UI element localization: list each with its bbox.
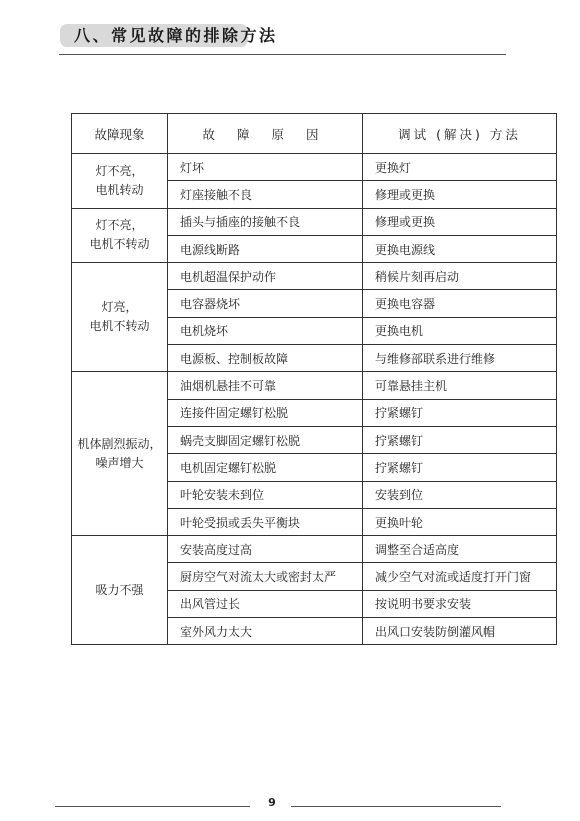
fix-cell: 出风口安装防倒灌风帽 xyxy=(363,618,557,645)
cause-cell: 电机烧坏 xyxy=(168,317,363,344)
fix-cell: 修理或更换 xyxy=(363,208,557,235)
cause-cell: 电源线断路 xyxy=(168,235,363,262)
symptom-line: 噪声增大 xyxy=(72,454,167,473)
cause-cell: 蜗壳支脚固定螺钉松脱 xyxy=(168,426,363,453)
cause-cell: 出风管过长 xyxy=(168,590,363,617)
symptom-cell: 灯不亮， 电机转动 xyxy=(72,154,168,209)
cause-cell: 连接件固定螺钉松脱 xyxy=(168,399,363,426)
fix-cell: 更换电机 xyxy=(363,317,557,344)
title-divider xyxy=(59,54,506,55)
symptom-line: 电机不转动 xyxy=(72,235,167,254)
symptom-cell: 吸力不强 xyxy=(72,536,168,645)
header-symptom: 故障现象 xyxy=(72,114,168,154)
symptom-cell: 机体剧烈振动， 噪声增大 xyxy=(72,372,168,536)
fix-cell: 拧紧螺钉 xyxy=(363,454,557,481)
fix-cell: 与维修部联系进行维修 xyxy=(363,345,557,372)
cause-cell: 叶轮受损或丢失平衡块 xyxy=(168,508,363,535)
fix-cell: 安装到位 xyxy=(363,481,557,508)
cause-cell: 电容器烧坏 xyxy=(168,290,363,317)
fix-cell: 调整至合适高度 xyxy=(363,536,557,563)
symptom-line: 电机不转动 xyxy=(72,317,167,336)
section-title: 八、常见故障的排除方法 xyxy=(74,25,278,47)
cause-cell: 电机超温保护动作 xyxy=(168,263,363,290)
fix-cell: 更换灯 xyxy=(363,154,557,181)
footer-rule-right xyxy=(291,806,501,807)
fix-cell: 可靠悬挂主机 xyxy=(363,372,557,399)
fix-cell: 拧紧螺钉 xyxy=(363,426,557,453)
symptom-line: 灯不亮， xyxy=(72,216,167,235)
cause-cell: 电机固定螺钉松脱 xyxy=(168,454,363,481)
table-row: 灯不亮， 电机转动 灯坏 更换灯 xyxy=(72,154,557,181)
symptom-line: 电机转动 xyxy=(72,181,167,200)
footer-rule-left xyxy=(55,806,250,807)
fix-cell: 拧紧螺钉 xyxy=(363,399,557,426)
cause-cell: 安装高度过高 xyxy=(168,536,363,563)
fix-cell: 稍候片刻再启动 xyxy=(363,263,557,290)
symptom-cell: 灯亮， 电机不转动 xyxy=(72,263,168,372)
fix-cell: 修理或更换 xyxy=(363,181,557,208)
fix-cell: 减少空气对流或适度打开门窗 xyxy=(363,563,557,590)
header-cause: 故 障 原 因 xyxy=(168,114,363,154)
cause-cell: 插头与插座的接触不良 xyxy=(168,208,363,235)
fix-cell: 更换电容器 xyxy=(363,290,557,317)
cause-cell: 厨房空气对流太大或密封太严 xyxy=(168,563,363,590)
fix-cell: 更换电源线 xyxy=(363,235,557,262)
page-number: 9 xyxy=(262,796,282,809)
cause-cell: 叶轮安装未到位 xyxy=(168,481,363,508)
header-fix: 调试 (解决) 方法 xyxy=(363,114,557,154)
table-row: 吸力不强 安装高度过高 调整至合适高度 xyxy=(72,536,557,563)
table-row: 灯亮， 电机不转动 电机超温保护动作 稍候片刻再启动 xyxy=(72,263,557,290)
symptom-line: 吸力不强 xyxy=(72,581,167,600)
symptom-line: 灯亮， xyxy=(72,298,167,317)
cause-cell: 灯座接触不良 xyxy=(168,181,363,208)
cause-cell: 室外风力太大 xyxy=(168,618,363,645)
table-header-row: 故障现象 故 障 原 因 调试 (解决) 方法 xyxy=(72,114,557,154)
troubleshooting-table: 故障现象 故 障 原 因 调试 (解决) 方法 灯不亮， 电机转动 灯坏 更换灯… xyxy=(71,113,557,645)
symptom-line: 灯不亮， xyxy=(72,162,167,181)
cause-cell: 油烟机悬挂不可靠 xyxy=(168,372,363,399)
table-row: 灯不亮， 电机不转动 插头与插座的接触不良 修理或更换 xyxy=(72,208,557,235)
cause-cell: 灯坏 xyxy=(168,154,363,181)
fix-cell: 更换叶轮 xyxy=(363,508,557,535)
symptom-line: 机体剧烈振动， xyxy=(72,435,167,454)
fix-cell: 按说明书要求安装 xyxy=(363,590,557,617)
cause-cell: 电源板、控制板故障 xyxy=(168,345,363,372)
table-row: 机体剧烈振动， 噪声增大 油烟机悬挂不可靠 可靠悬挂主机 xyxy=(72,372,557,399)
symptom-cell: 灯不亮， 电机不转动 xyxy=(72,208,168,263)
